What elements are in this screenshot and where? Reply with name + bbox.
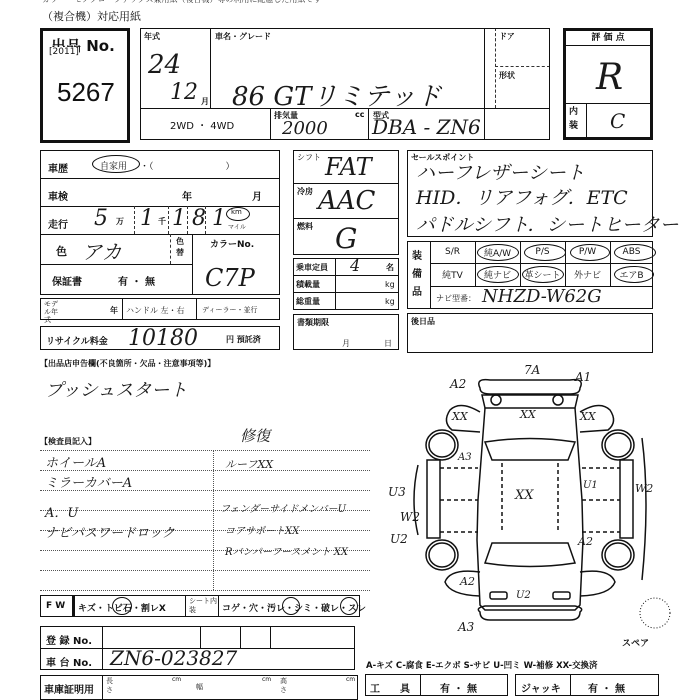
inspector-right-line-1: ルーフXX: [225, 456, 273, 472]
sales-point-line-2: HID．リアフォグ．ETC: [416, 183, 628, 210]
drive-type: 2WD ・ 4WD: [170, 117, 234, 132]
mark-right-rear-fender: XX: [580, 410, 596, 423]
inspector-left-line-1: ホイールA: [45, 452, 106, 471]
color-no-label: カラーNo.: [210, 237, 254, 250]
chassis-no-label: 車 台 No.: [46, 654, 92, 669]
mark-left-quarter: A3: [458, 452, 472, 463]
warranty-label: 保証書: [52, 273, 82, 288]
capacity-value: 4: [350, 256, 360, 275]
mark-trunk: XX: [520, 408, 536, 421]
usage-value: 自家用: [100, 159, 127, 172]
shift-value: FAT: [325, 153, 372, 181]
shift-label: シフト: [297, 152, 321, 163]
mark-left-sill: W2: [400, 510, 420, 524]
capacity-label: 乗車定員: [296, 262, 328, 273]
fw-label: F W: [46, 601, 65, 611]
displacement-value: 2000: [282, 118, 328, 139]
doc-month-unit: 月: [342, 338, 350, 349]
chassis-no: ZN6-023827: [110, 646, 237, 670]
later-items-label: 後日品: [411, 316, 435, 327]
later-items-box: [407, 313, 653, 353]
garage-label: 車庫証明用: [44, 681, 94, 696]
model-year-unit: 年: [110, 305, 118, 316]
ac-label: 冷房: [297, 186, 313, 197]
car-damage-diagram: [380, 360, 700, 650]
lot-number-box: 出品 No. [2011] 5267: [40, 28, 130, 143]
recycle-label: リサイクル料金: [46, 334, 108, 347]
sales-point-line-3: パドルシフト．シートヒーター: [416, 210, 679, 237]
mark-front-bumper: A3: [458, 620, 474, 634]
inspector-right-line-3: フェンダーサイドメンバーU: [220, 500, 346, 515]
length-label: 長さ: [106, 677, 116, 695]
inspection-year-unit: 年: [182, 188, 192, 203]
mileage-sen-unit: 千: [158, 216, 166, 227]
recycle-fee: 10180: [128, 326, 198, 351]
mileage-man: 5: [94, 206, 108, 231]
mark-left-door-rear: U3: [388, 485, 406, 499]
mark-right-door: U1: [583, 480, 598, 491]
model-year-label: モデル年式: [44, 300, 64, 324]
inspector-label: 【検査員記入】: [40, 436, 96, 447]
interior-label: 内装: [569, 105, 581, 133]
ac-value: AAC: [318, 186, 375, 216]
mark-left-front-fender: A2: [460, 575, 475, 588]
tools-label: 工 具: [370, 680, 410, 695]
load-label: 積載量: [296, 279, 320, 290]
height-cm: cm: [346, 676, 355, 683]
form-subtitle: （複合機）対応用紙: [42, 8, 141, 24]
color-change-label: 色替: [176, 236, 186, 258]
displacement-unit: cc: [355, 110, 364, 119]
weight-unit: kg: [385, 297, 395, 306]
doc-day-unit: 日: [384, 338, 392, 349]
capacity-unit: 名: [386, 262, 394, 273]
width-label: 幅: [196, 682, 203, 692]
mileage-man-unit: 万: [116, 216, 124, 227]
damage-legend: A-キズ C-腐食 E-エクボ S-サビ U-凹ミ W-補修 XX-交換済: [366, 659, 598, 671]
inspection-month-unit: 月: [252, 188, 262, 203]
mark-right-side: W2: [635, 482, 653, 495]
equip-sunroof: S/R: [430, 241, 475, 263]
header-cut-text: カラー・モノクロ・ファックス兼用紙（複合機）等の利用に配慮した用紙です: [42, 0, 321, 5]
mileage-unit-mile: マイル: [228, 222, 246, 231]
spare-label: スペア: [622, 636, 649, 649]
mark-rear-bumper: 7A: [524, 363, 540, 377]
inspector-left-line-2: ミラーカバーA: [45, 472, 132, 491]
load-unit: kg: [385, 280, 395, 289]
inspector-left-line-4: ナビパスワードロック: [45, 522, 175, 541]
mark-hood: U2: [516, 590, 531, 601]
usage-label: 車歴: [48, 160, 68, 175]
mileage-rest: 181: [172, 206, 232, 231]
mileage-sen: 1: [140, 206, 154, 231]
sales-point-line-1: ハーフレザーシート: [416, 158, 585, 185]
inspection-label: 車検: [48, 188, 68, 203]
color-label: 色: [56, 243, 67, 259]
tools-options: 有 ・ 無: [440, 680, 477, 695]
score-label: 評 価 点: [566, 31, 650, 46]
seller-note: プッシュスタート: [45, 376, 187, 402]
handle-label: ハンドル 左・右: [126, 305, 185, 316]
fuel-label: 燃料: [297, 221, 313, 232]
equipment-label: 装備品: [412, 248, 424, 302]
mileage-label: 走行: [48, 216, 68, 231]
lot-number: 5267: [57, 77, 115, 108]
lot-year-tag: [2011]: [49, 47, 79, 57]
mark-right-front-pillar: A2: [578, 535, 593, 548]
mark-left-rear-fender: XX: [452, 410, 468, 423]
inspector-left-line-3: A．U: [45, 502, 78, 521]
mark-roof: XX: [515, 488, 534, 503]
mileage-unit-km: km: [231, 208, 242, 216]
length-cm: cm: [172, 676, 181, 683]
inspector-right-line-5: Rバンパーフースメント XX: [225, 543, 348, 558]
height-label: 高さ: [280, 677, 290, 695]
color-no: C7P: [205, 264, 255, 292]
weight-label: 総重量: [296, 296, 320, 307]
overall-score: R: [596, 57, 623, 98]
equip-aftermarket-nav: 外ナビ: [565, 263, 610, 286]
jack-options: 有 ・ 無: [588, 680, 625, 695]
usage-other: ・（ ）: [140, 159, 235, 172]
mark-rear-right: A1: [575, 370, 591, 384]
nav-model: NHZD-W62G: [482, 286, 602, 307]
model-code: DBA - ZN6: [372, 115, 481, 139]
mark-left-door-front: U2: [390, 532, 408, 546]
jack-label: ジャッキ: [521, 680, 561, 695]
mark-rear-left: A2: [450, 377, 466, 391]
interior-score: C: [610, 109, 625, 133]
warranty-options: 有 ・ 無: [118, 273, 155, 288]
nav-model-label: ナビ型番：: [436, 293, 476, 304]
inspector-right-line-4: コアサポートXX: [225, 522, 299, 537]
seat-label: シート内装: [189, 597, 217, 615]
dealer-label: ディーラー・並行: [202, 305, 257, 315]
color-value: アカ: [82, 236, 122, 265]
width-cm: cm: [262, 676, 271, 683]
seller-notes-label: 【出品店申告欄(不良箇所・欠品・注意事項等)】: [40, 358, 215, 369]
reg-no-label: 登 録 No.: [46, 632, 92, 647]
score-box: 評 価 点 R 内装 C: [563, 28, 653, 140]
recycle-unit: 円 預託済: [226, 334, 261, 345]
doc-deadline-label: 書類期限: [297, 317, 329, 328]
equip-genuine-tv: 純TV: [430, 263, 475, 286]
fuel-value: G: [335, 222, 357, 255]
inspector-header-right: 修復: [240, 425, 270, 446]
